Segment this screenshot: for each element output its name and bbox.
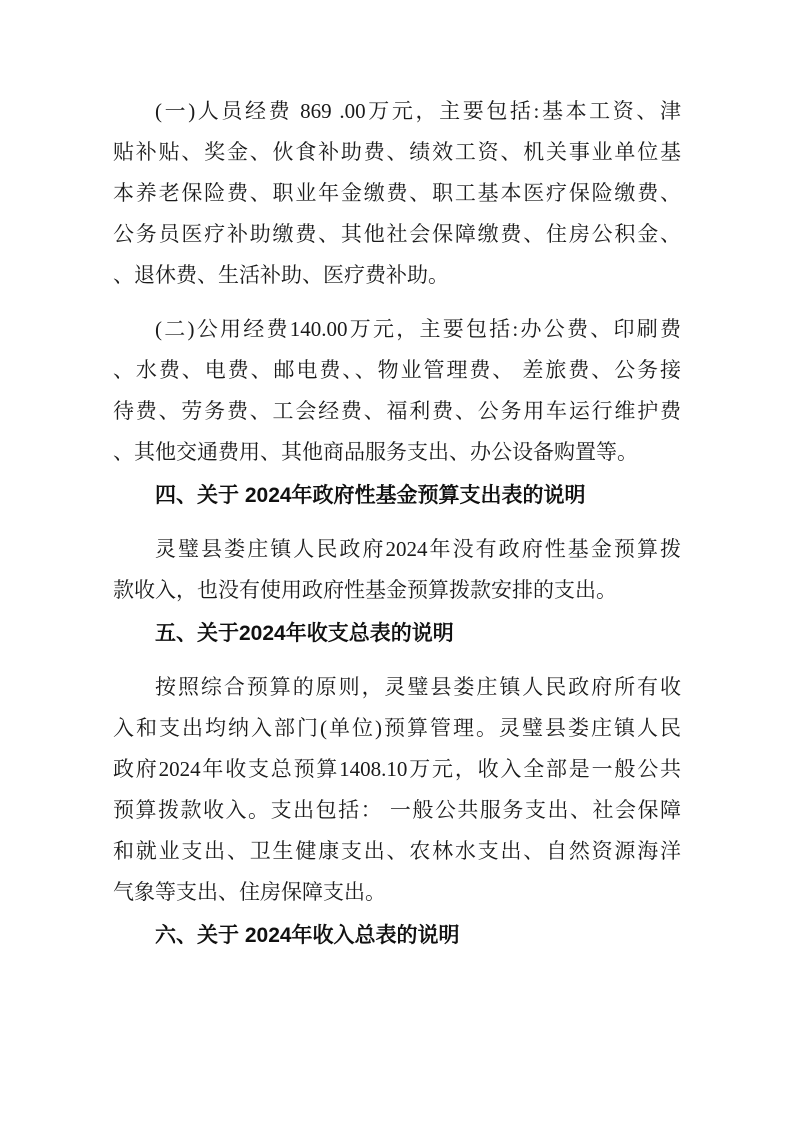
document-content: (一)人员经费 869 .00万元，主要包括:基本工资、津 贴补贴、奖金、伙食补… xyxy=(113,0,681,956)
paragraph-line: 和就业支出、卫生健康支出、农林水支出、自然资源海洋 xyxy=(113,831,681,872)
paragraph-line: 气象等支出、住房保障支出。 xyxy=(113,872,681,913)
paragraph-line: 公务员医疗补助缴费、其他社会保障缴费、住房公积金、 xyxy=(113,214,681,255)
section-5-heading: 五、关于2024年收支总表的说明 xyxy=(113,613,681,654)
paragraph-line: (二)公用经费140.00万元，主要包括:办公费、印刷费 xyxy=(113,309,681,350)
personnel-expense-paragraph: (一)人员经费 869 .00万元，主要包括:基本工资、津 贴补贴、奖金、伙食补… xyxy=(113,91,681,296)
paragraph-line: 、水费、电费、邮电费、、物业管理费、 差旅费、公务接 xyxy=(113,350,681,391)
paragraph-line: 入和支出均纳入部门(单位)预算管理。灵璧县娄庄镇人民 xyxy=(113,708,681,749)
section-4-heading: 四、关于 2024年政府性基金预算支出表的说明 xyxy=(113,475,681,516)
paragraph-line: 款收入，也没有使用政府性基金预算拨款安排的支出。 xyxy=(113,570,681,611)
section-6-heading: 六、关于 2024年收入总表的说明 xyxy=(113,915,681,956)
document-page: (一)人员经费 869 .00万元，主要包括:基本工资、津 贴补贴、奖金、伙食补… xyxy=(0,0,793,1122)
total-revenue-expense-paragraph: 按照综合预算的原则，灵璧县娄庄镇人民政府所有收 入和支出均纳入部门(单位)预算管… xyxy=(113,667,681,913)
paragraph-line: 、其他交通费用、其他商品服务支出、办公设备购置等。 xyxy=(113,432,681,473)
paragraph-line: 政府2024年收支总预算1408.10万元，收入全部是一般公共 xyxy=(113,749,681,790)
paragraph-line: (一)人员经费 869 .00万元，主要包括:基本工资、津 xyxy=(113,91,681,132)
paragraph-line: 按照综合预算的原则，灵璧县娄庄镇人民政府所有收 xyxy=(113,667,681,708)
paragraph-line: 本养老保险费、职业年金缴费、职工基本医疗保险缴费、 xyxy=(113,173,681,214)
govt-fund-budget-paragraph: 灵璧县娄庄镇人民政府2024年没有政府性基金预算拨 款收入，也没有使用政府性基金… xyxy=(113,529,681,611)
paragraph-line: 待费、劳务费、工会经费、福利费、公务用车运行维护费 xyxy=(113,391,681,432)
paragraph-line: 预算拨款收入。支出包括： 一般公共服务支出、社会保障 xyxy=(113,790,681,831)
paragraph-line: 贴补贴、奖金、伙食补助费、绩效工资、机关事业单位基 xyxy=(113,132,681,173)
paragraph-line: 灵璧县娄庄镇人民政府2024年没有政府性基金预算拨 xyxy=(113,529,681,570)
public-expense-paragraph: (二)公用经费140.00万元，主要包括:办公费、印刷费 、水费、电费、邮电费、… xyxy=(113,309,681,473)
paragraph-line: 、退休费、生活补助、医疗费补助。 xyxy=(113,255,681,296)
